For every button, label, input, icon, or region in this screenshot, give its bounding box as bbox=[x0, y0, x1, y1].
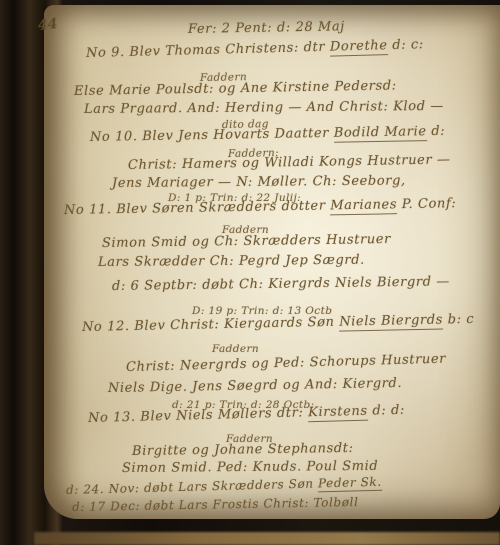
line-text: P. Conf: bbox=[397, 196, 457, 212]
book-bottom-edge bbox=[34, 532, 500, 545]
underlined-name: Dorethe bbox=[330, 38, 388, 57]
line-text: d: c: bbox=[387, 37, 424, 53]
register-line: Birgitte og Johane Stephansdt: bbox=[132, 441, 354, 459]
register-line-header-date: Fer: 2 Pent: d: 28 Maj bbox=[188, 19, 345, 37]
underlined-name: Kirstens bbox=[308, 404, 368, 423]
underlined-name: Niels Biergrds bbox=[339, 312, 443, 331]
underlined-name: Bodild Marie bbox=[334, 124, 427, 143]
page-number: 44 bbox=[37, 16, 58, 34]
line-text: Lars Skrædder Ch: Pegrd Jep Sægrd. bbox=[98, 253, 365, 270]
line-text: Fer: 2 Pent: d: 28 Maj bbox=[188, 19, 345, 37]
register-line: Jens Mariager — N: Møller. Ch: Seeborg, bbox=[112, 173, 406, 191]
line-text: Faddern bbox=[212, 343, 259, 355]
register-line-godparents-label: Faddern bbox=[212, 343, 259, 355]
register-line: Simon Smid. Ped: Knuds. Poul Smid bbox=[122, 459, 378, 476]
line-text: Birgitte og Johane Stephansdt: bbox=[132, 441, 354, 459]
line-text: b: c bbox=[443, 312, 475, 328]
underlined-name: Marianes bbox=[330, 197, 397, 215]
line-text: d: d: bbox=[367, 403, 405, 419]
scanned-register-photo: 44 Fer: 2 Pent: d: 28 Maj No 9. Blev Tho… bbox=[0, 0, 500, 545]
register-line: Lars Prgaard. And: Herding — And Christ:… bbox=[84, 99, 444, 117]
line-text: Simon Smid. Ped: Knuds. Poul Smid bbox=[122, 459, 378, 476]
line-text: Lars Prgaard. And: Herding — And Christ:… bbox=[84, 99, 444, 117]
line-text: Jens Mariager — N: Møller. Ch: Seeborg, bbox=[112, 173, 406, 191]
register-line: Lars Skrædder Ch: Pegrd Jep Sægrd. bbox=[98, 253, 365, 270]
line-text: d: bbox=[426, 124, 445, 139]
underlined-name: Peder Sk. bbox=[318, 475, 382, 493]
